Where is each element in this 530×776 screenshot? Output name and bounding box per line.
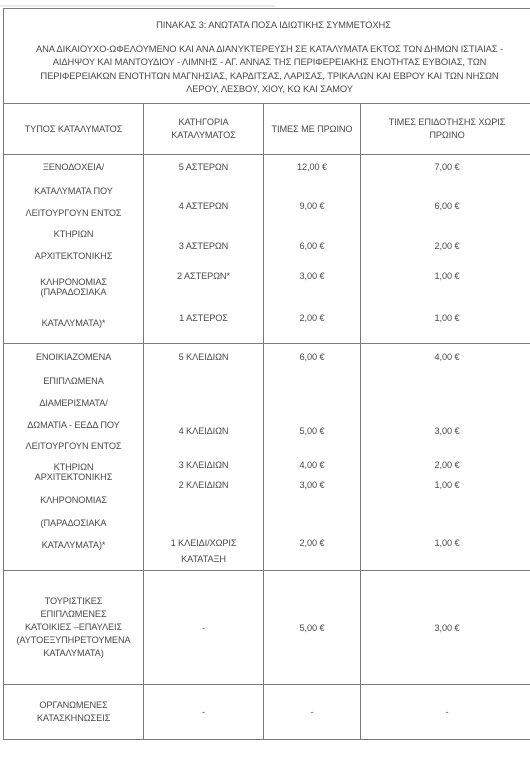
page-top-rule <box>0 5 275 7</box>
section-campsites-without-breakfast: - <box>361 685 530 740</box>
section-residences-type: ΤΟΥΡΙΣΤΙΚΕΣ ΕΠΙΠΛΩΜΕΝΕΣ ΚΑΤΟΙΚΙΕΣ –ΕΠΑΥΛ… <box>4 571 144 685</box>
header-with-breakfast: ΤΙΜΕΣ ΜΕ ΠΡΩΙΝΟ <box>264 104 361 155</box>
private-participation-table: ΠΙΝΑΚΑΣ 3: ΑΝΩΤΑΤΑ ΠΟΣΑ ΙΔΙΩΤΙΚΗΣ ΣΥΜΜΕΤ… <box>3 8 530 740</box>
section-rented-rooms: ΕΝΟΙΚΙΑΖΟΜΕΝΑ ΕΠΙΠΛΩΜΕΝΑ ΔΙΑΜΕΡΙΣΜΑΤΑ/ Δ… <box>4 344 530 571</box>
header-type: ΤΥΠΟΣ ΚΑΤΑΛΥΜΑΤΟΣ <box>4 104 144 155</box>
section-rooms-without-breakfast: 4,00 € 3,00 € 2,00 € 1,00 € 1,00 € <box>361 344 530 571</box>
section-campsites: ΟΡΓΑΝΩΜΕΝΕΣ ΚΑΤΑΣΚΗΝΩΣΕΙΣ - - - <box>4 685 530 740</box>
section-campsites-with-breakfast: - <box>264 685 361 740</box>
section-hotels-with-breakfast: 12,00 € 9,00 € 6,00 € 3,00 € 2,00 € <box>264 155 361 344</box>
header-without-breakfast: ΤΙΜΕΣ ΕΠΙΔΟΤΗΣΗΣ ΧΩΡΙΣΠΡΩΙΝΟ <box>361 104 530 155</box>
section-campsites-category: - <box>144 685 264 740</box>
table-subtitle: ΑΝΑ ΔΙΚΑΙΟΥΧΟ-ΩΦΕΛΟΥΜΕΝΟ ΚΑΙ ΑΝΑ ΔΙΑΝΥΚΤ… <box>4 42 530 96</box>
section-hotels: ΞΕΝΟΔΟΧΕΙΑ/ ΚΑΤΑΛΥΜΑΤΑ ΠΟΥ ΛΕΙΤΟΥΡΓΟΥΝ Ε… <box>4 155 530 344</box>
table-title: ΠΙΝΑΚΑΣ 3: ΑΝΩΤΑΤΑ ΠΟΣΑ ΙΔΙΩΤΙΚΗΣ ΣΥΜΜΕΤ… <box>4 19 530 30</box>
section-hotels-categories: 5 ΑΣΤΕΡΩΝ 4 ΑΣΤΕΡΩΝ 3 ΑΣΤΕΡΩΝ 2 ΑΣΤΕΡΩΝ*… <box>144 155 264 344</box>
section-residences-with-breakfast: 5,00 € <box>264 571 361 685</box>
section-hotels-without-breakfast: 7,00 € 6,00 € 2,00 € 1,00 € 1,00 € <box>361 155 530 344</box>
section-hotels-type: ΞΕΝΟΔΟΧΕΙΑ/ ΚΑΤΑΛΥΜΑΤΑ ΠΟΥ ΛΕΙΤΟΥΡΓΟΥΝ Ε… <box>4 155 144 344</box>
section-residences-without-breakfast: 3,00 € <box>361 571 530 685</box>
section-tourist-residences: ΤΟΥΡΙΣΤΙΚΕΣ ΕΠΙΠΛΩΜΕΝΕΣ ΚΑΤΟΙΚΙΕΣ –ΕΠΑΥΛ… <box>4 571 530 685</box>
header-category: ΚΑΤΗΓΟΡΙΑΚΑΤΑΛΥΜΑΤΟΣ <box>144 104 264 155</box>
section-residences-category: - <box>144 571 264 685</box>
table-caption-cell: ΠΙΝΑΚΑΣ 3: ΑΝΩΤΑΤΑ ΠΟΣΑ ΙΔΙΩΤΙΚΗΣ ΣΥΜΜΕΤ… <box>4 9 530 104</box>
section-rooms-with-breakfast: 6,00 € 5,00 € 4,00 € 3,00 € 2,00 € <box>264 344 361 571</box>
header-row: ΤΥΠΟΣ ΚΑΤΑΛΥΜΑΤΟΣ ΚΑΤΗΓΟΡΙΑΚΑΤΑΛΥΜΑΤΟΣ Τ… <box>4 104 530 155</box>
section-rooms-type: ΕΝΟΙΚΙΑΖΟΜΕΝΑ ΕΠΙΠΛΩΜΕΝΑ ΔΙΑΜΕΡΙΣΜΑΤΑ/ Δ… <box>4 344 144 571</box>
section-campsites-type: ΟΡΓΑΝΩΜΕΝΕΣ ΚΑΤΑΣΚΗΝΩΣΕΙΣ <box>4 685 144 740</box>
section-rooms-categories: 5 ΚΛΕΙΔΙΩΝ 4 ΚΛΕΙΔΙΩΝ 3 ΚΛΕΙΔΙΩΝ 2 ΚΛΕΙΔ… <box>144 344 264 571</box>
